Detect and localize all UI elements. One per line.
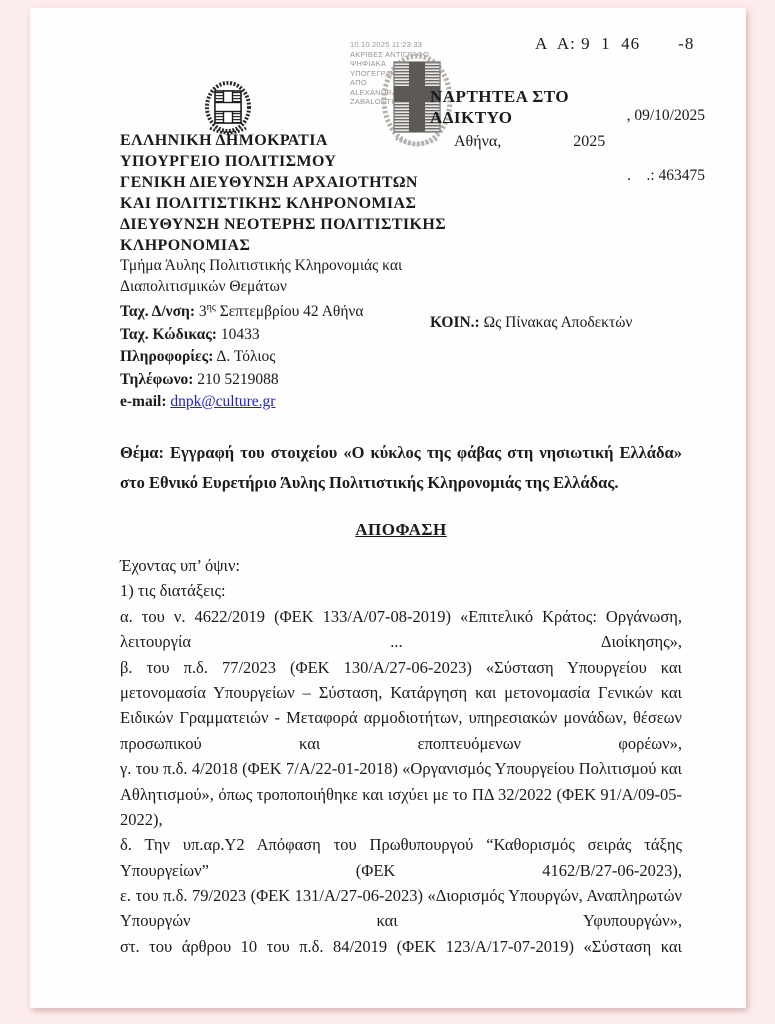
header-line: ΔΙΕΥΘΥΝΣΗ ΝΕΟΤΕΡΗΣ ΠΟΛΙΤΙΣΤΙΚΗΣ [120, 214, 460, 235]
contact-info-row: Πληροφορίες: Δ. Τόλιος [120, 346, 364, 369]
year-label: 2025 [573, 133, 605, 150]
decision-title: ΑΠΟΦΑΣΗ [120, 520, 682, 540]
ada-code-right: -8 [678, 34, 694, 53]
email-label: e-mail: [120, 393, 166, 410]
body-line: γ. του π.δ. 4/2018 (ΦΕΚ 7/Α/22-01-2018) … [120, 756, 682, 781]
department-line: Διαπολιτισμικών Θεμάτων [120, 277, 460, 298]
document-page: Α Α: 9 1 46-8 , 09/10/2025 . .: 463475 1… [30, 8, 746, 1008]
contact-block: Ταχ. Δ/νση: 3ης Σεπτεμβρίου 42 Αθήνα Ταχ… [120, 301, 364, 414]
body-line: μετονομασία Υπουργείων – Σύσταση, Κατάργ… [120, 680, 682, 705]
body-line: α. του ν. 4622/2019 (ΦΕΚ 133/Α/07-08-201… [120, 604, 682, 629]
koin-label: ΚΟΙΝ.: [430, 314, 480, 331]
address-value: 3ης Σεπτεμβρίου 42 Αθήνα [199, 303, 364, 320]
email-link[interactable]: dnpk@culture.gr [170, 393, 275, 410]
contact-address-row: Ταχ. Δ/νση: 3ης Σεπτεμβρίου 42 Αθήνα [120, 301, 364, 324]
body-line: 2022), [120, 807, 682, 832]
info-label: Πληροφορίες: [120, 348, 213, 365]
postcode-value: 10433 [221, 326, 260, 343]
body-line: στ. του άρθρου 10 του π.δ. 84/2019 (ΦΕΚ … [120, 934, 682, 959]
ada-code-left: Α Α: 9 1 46 [535, 34, 640, 53]
contact-postcode-row: Ταχ. Κώδικας: 10433 [120, 324, 364, 347]
header-line: ΕΛΛΗΝΙΚΗ ΔΗΜΟΚΡΑΤΙΑ [120, 130, 460, 151]
subject-line: στο Εθνικό Ευρετήριο Άυλης Πολιτιστικής … [120, 468, 682, 498]
postcode-label: Ταχ. Κώδικας: [120, 326, 217, 343]
ministry-header: ΕΛΛΗΝΙΚΗ ΔΗΜΟΚΡΑΤΙΑ ΥΠΟΥΡΓΕΙΟ ΠΟΛΙΤΙΣΜΟΥ… [120, 130, 460, 297]
header-line: ΚΛΗΡΟΝΟΜΙΑΣ [120, 235, 460, 256]
body-line: δ. Την υπ.αρ.Υ2 Απόφαση του Πρωθυπουργού… [120, 832, 682, 857]
body-line: Υπουργών και Υφυπουργών», [120, 908, 682, 933]
body-line: λειτουργία ... Διοίκησης», [120, 629, 682, 654]
body-line: Υπουργείων” (ΦΕΚ 4162/Β/27-06-2023), [120, 858, 682, 883]
address-label: Ταχ. Δ/νση: [120, 303, 195, 320]
header-line: ΓΕΝΙΚΗ ΔΙΕΥΘΥΝΣΗ ΑΡΧΑΙΟΤΗΤΩΝ [120, 172, 460, 193]
body-line: Αθλητισμού», όπως τροποποιήθηκε και ισχύ… [120, 782, 682, 807]
body-line: Ειδικών Γραμματειών - Μεταφορά αρμοδιοτή… [120, 705, 682, 730]
department-line: Τμήμα Άυλης Πολιτιστικής Κληρονομιάς και [120, 256, 460, 277]
contact-email-row: e-mail: dnpk@culture.gr [120, 391, 364, 414]
body-line: 1) τις διατάξεις: [120, 578, 682, 603]
web-posting-notice: ΝΑΡΤΗΤΕΑ ΣΤΟ ΑΔΙΚΤΥΟ [430, 86, 569, 128]
document-page-background: { "topbar": { "ada_left": "Α Α: 9 1 46",… [0, 0, 775, 1024]
subject-paragraph: Θέμα: Εγγραφή του στοιχείου «Ο κύκλος τη… [120, 438, 682, 498]
body-line: β. του π.δ. 77/2023 (ΦΕΚ 130/Α/27-06-202… [120, 655, 682, 680]
phone-label: Τηλέφωνο: [120, 371, 193, 388]
phone-value: 210 5219088 [197, 371, 278, 388]
koin-line: ΚΟΙΝ.: Ως Πίνακας Αποδεκτών [430, 314, 632, 332]
protocol-number: . .: 463475 [460, 166, 705, 186]
body-line: προσωπικού και εποπτευόμενων φορέων», [120, 731, 682, 756]
body-line: Έχοντας υπ’ όψιν: [120, 553, 682, 578]
contact-phone-row: Τηλέφωνο: 210 5219088 [120, 369, 364, 392]
web-posting-line2: ΑΔΙΚΤΥΟ [430, 107, 569, 128]
ada-code-line: Α Α: 9 1 46-8 [535, 34, 694, 54]
city-date-line: Αθήνα,2025 [454, 133, 605, 151]
koin-value: Ως Πίνακας Αποδεκτών [484, 314, 633, 331]
stamp-timestamp: 10.10.2025 11:23:33 [350, 40, 470, 50]
body-line: ε. του π.δ. 79/2023 (ΦΕΚ 131/Α/27-06-202… [120, 883, 682, 908]
subject-line: Θέμα: Εγγραφή του στοιχείου «Ο κύκλος τη… [120, 438, 682, 468]
header-line: ΚΑΙ ΠΟΛΙΤΙΣΤΙΚΗΣ ΚΛΗΡΟΝΟΜΙΑΣ [120, 193, 460, 214]
info-value: Δ. Τόλιος [216, 348, 275, 365]
city-label: Αθήνα, [454, 133, 501, 150]
decision-body: Έχοντας υπ’ όψιν: 1) τις διατάξεις: α. τ… [120, 553, 682, 959]
web-posting-line1: ΝΑΡΤΗΤΕΑ ΣΤΟ [430, 86, 569, 107]
header-line: ΥΠΟΥΡΓΕΙΟ ΠΟΛΙΤΙΣΜΟΥ [120, 151, 460, 172]
